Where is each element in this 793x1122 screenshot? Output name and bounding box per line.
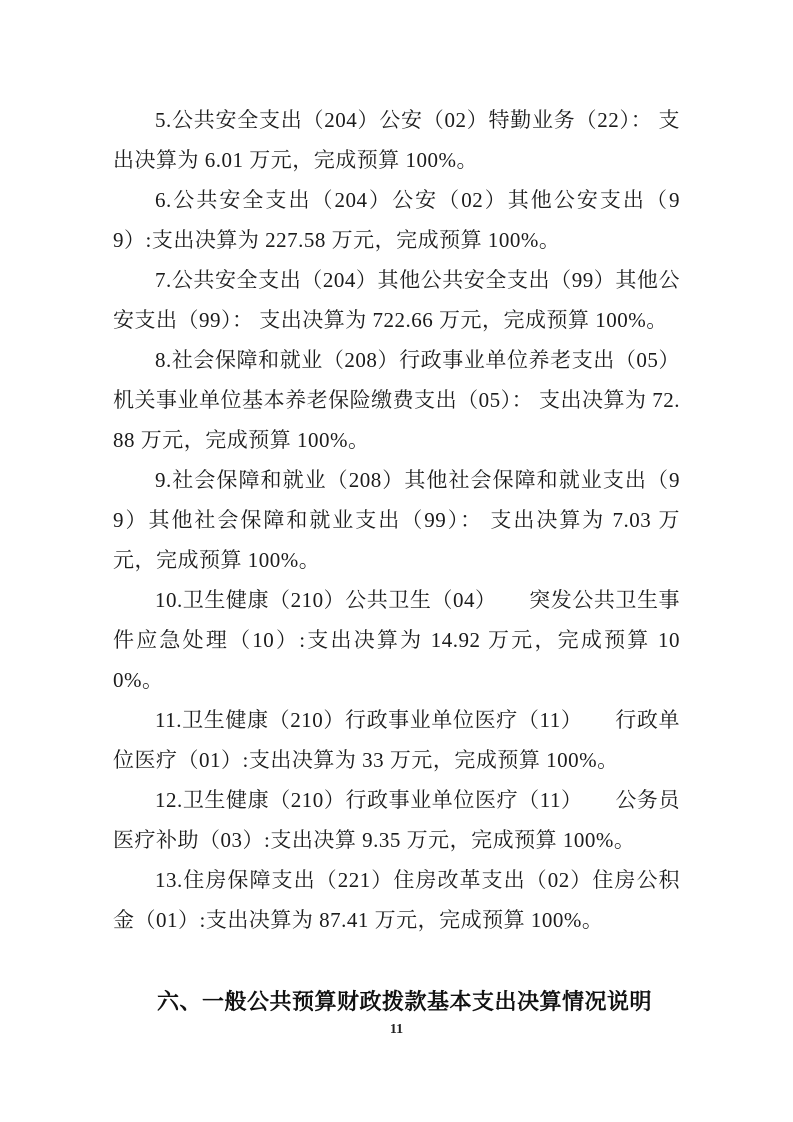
document-body: 5.公共安全支出（204）公安（02）特勤业务（22）： 支出决算为 6.01 … [113, 100, 680, 1018]
budget-item-paragraph-11: 11.卫生健康（210）行政事业单位医疗（11） 行政单位医疗（01）:支出决算… [113, 700, 680, 780]
budget-item-paragraph-10: 10.卫生健康（210）公共卫生（04） 突发公共卫生事件应急处理（10）:支出… [113, 580, 680, 700]
budget-item-paragraph-8: 8.社会保障和就业（208）行政事业单位养老支出（05）机关事业单位基本养老保险… [113, 340, 680, 460]
budget-item-paragraph-5: 5.公共安全支出（204）公安（02）特勤业务（22）： 支出决算为 6.01 … [113, 100, 680, 180]
budget-item-paragraph-12: 12.卫生健康（210）行政事业单位医疗（11） 公务员医疗补助（03）:支出决… [113, 780, 680, 860]
budget-item-paragraph-13: 13.住房保障支出（221）住房改革支出（02）住房公积金（01）:支出决算为 … [113, 860, 680, 940]
document-page: 5.公共安全支出（204）公安（02）特勤业务（22）： 支出决算为 6.01 … [0, 0, 793, 1122]
budget-item-paragraph-9: 9.社会保障和就业（208）其他社会保障和就业支出（99）其他社会保障和就业支出… [113, 460, 680, 580]
budget-item-paragraph-6: 6.公共安全支出（204）公安（02）其他公安支出（99）:支出决算为 227.… [113, 180, 680, 260]
budget-item-paragraph-7: 7.公共安全支出（204）其他公共安全支出（99）其他公安支出（99）： 支出决… [113, 260, 680, 340]
section-heading: 六、一般公共预算财政拨款基本支出决算情况说明 [113, 986, 680, 1018]
page-number: 11 [0, 1022, 793, 1038]
